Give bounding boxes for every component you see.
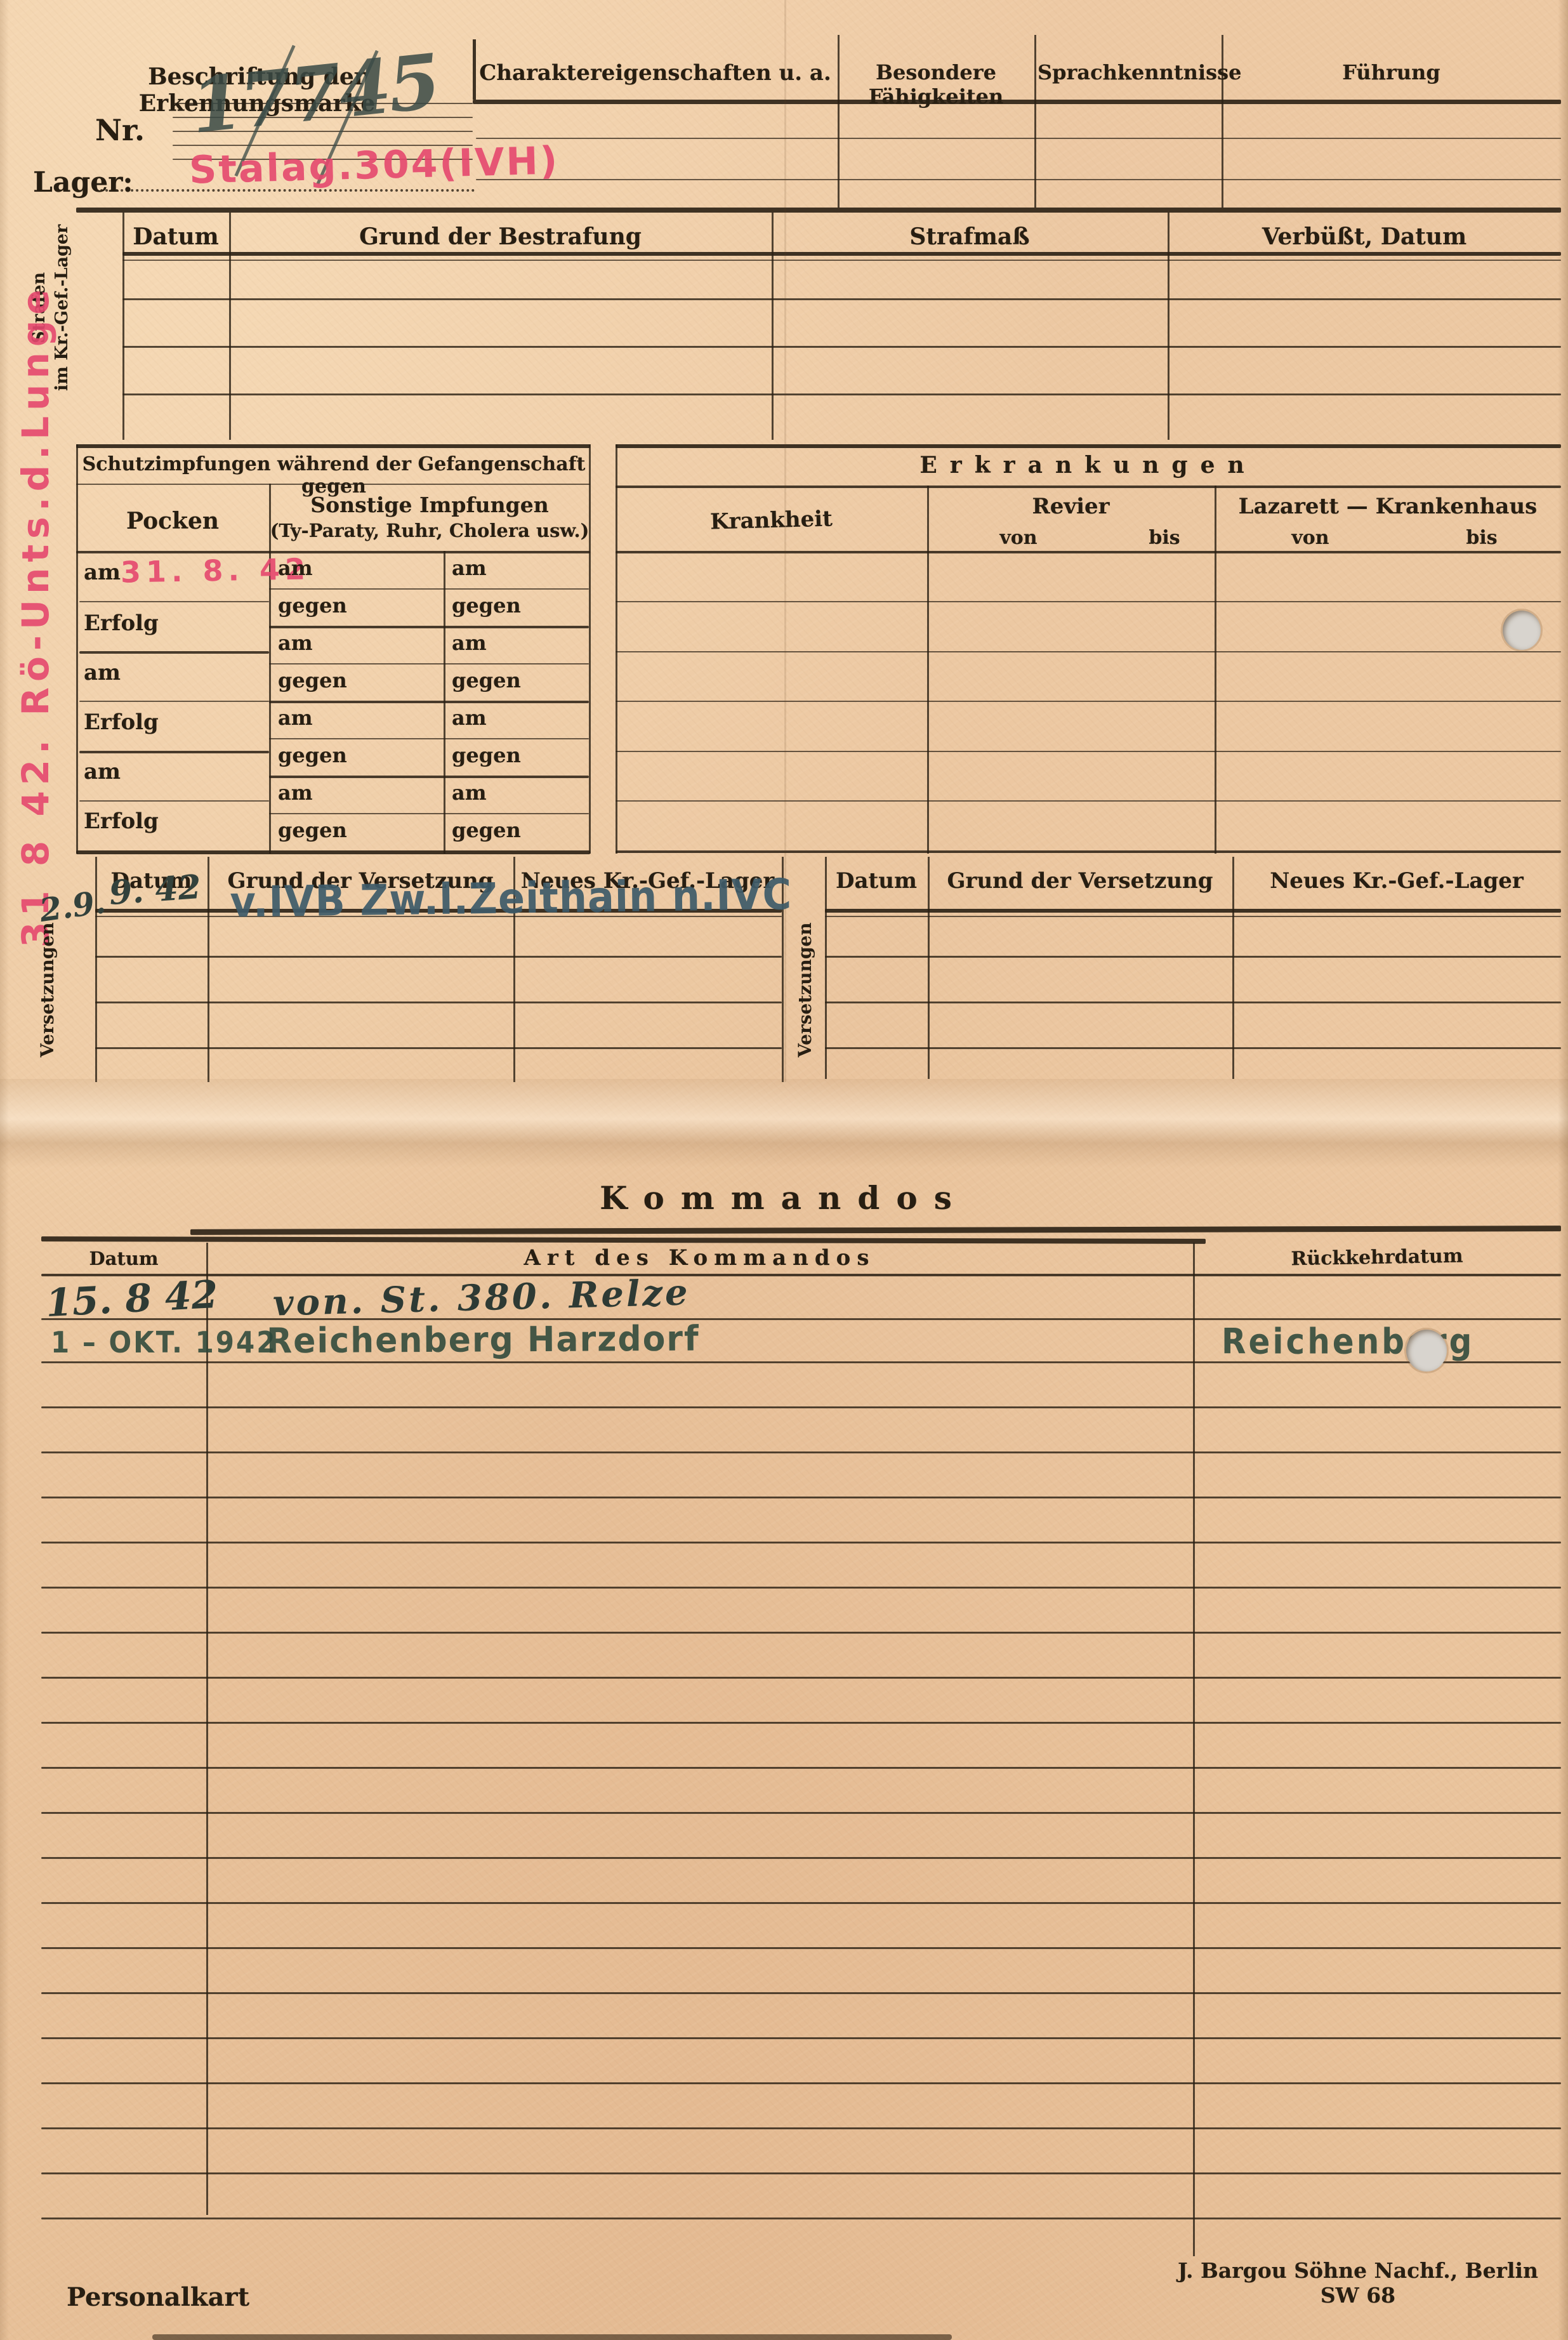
sonstige-row-line <box>269 588 589 590</box>
pocken-row-label: Erfolg <box>84 710 159 735</box>
traits-header-line <box>473 100 1561 104</box>
impf-pocken-divider <box>269 484 271 854</box>
sonstige-row-line <box>269 776 589 778</box>
versetz-datum-value: 9. 42 <box>108 868 202 913</box>
kommandos-empty-row-line <box>41 1992 1561 1994</box>
versetz-right-col-datum: Datum <box>825 868 928 894</box>
sonstige-row-label: am <box>452 781 487 805</box>
strafen-divider <box>122 213 124 440</box>
sonstige-row-line <box>269 738 589 739</box>
strafen-col-verbuesst: Verbüßt, Datum <box>1168 223 1561 250</box>
nr-handwritten-value: 17745 <box>187 37 442 150</box>
erkrank-col-lazarett: Lazarett — Krankenhaus <box>1215 494 1561 519</box>
sonstige-row-label: gegen <box>452 593 521 618</box>
sonstige-row-line <box>269 626 589 628</box>
erkrank-title-line <box>616 486 1561 488</box>
vertical-fold-crease <box>784 0 786 1082</box>
erkrank-col-revier: Revier <box>927 494 1215 519</box>
pocken-row-line <box>79 751 269 753</box>
lager-label: Lager: <box>33 166 147 199</box>
erkrank-top-border <box>616 444 1561 448</box>
traits-col-divider <box>1034 35 1036 208</box>
horizontal-fold-band <box>0 1079 1568 1168</box>
pocken-row-line <box>79 601 269 602</box>
versetz-right-header-line2 <box>825 916 1561 917</box>
sonstige-row-label: am <box>452 556 487 580</box>
kommandos-empty-row-line <box>41 1857 1561 1859</box>
erkrank-revier-von: von <box>990 527 1047 549</box>
impf-left-edge <box>76 444 78 854</box>
impf-title: Schutzimpfungen während der Gefangenscha… <box>80 453 588 498</box>
sonstige-row-label: am <box>278 631 313 655</box>
punch-hole <box>1503 611 1541 650</box>
kommandos-empty-row-line <box>41 1902 1561 1904</box>
lager-stamp: Stalag.304(IVH) <box>188 138 560 192</box>
erkrank-divider <box>1215 486 1216 854</box>
versetz-left-side-label: Versetzungen <box>37 908 66 1073</box>
scan-right-edge <box>1558 0 1568 2340</box>
impf-col-sonstige: Sonstige Impfungen (Ty-Paraty, Ruhr, Cho… <box>269 492 590 542</box>
erkrank-row-line <box>616 651 1561 652</box>
impf-bottom-border <box>76 850 590 854</box>
traits-row-line <box>476 179 1561 180</box>
erkrank-bottom-line <box>616 850 1561 853</box>
kommandos-empty-row-line <box>41 1632 1561 1634</box>
strafen-header-line2 <box>122 260 1561 261</box>
strafen-header-line <box>122 252 1561 256</box>
kommando-row1-art: von. St. 380. Relze <box>272 1271 690 1324</box>
kommando-row2-datum-stamp: 1 – OKT. 1942 <box>51 1325 277 1359</box>
erkrank-col-krankheit: Krankheit <box>616 504 928 538</box>
sonstige-row-label: gegen <box>452 668 521 692</box>
pocken-row-label: am <box>84 759 121 784</box>
sonstige-row-line <box>269 701 589 703</box>
sonstige-row-label: gegen <box>278 668 347 692</box>
kommando-row2-art-stamp: Reichenberg Harzdorf <box>267 1319 700 1361</box>
erkrank-lazarett-von: von <box>1282 527 1339 549</box>
versetz-right-col-grund: Grund der Versetzung <box>928 868 1232 894</box>
strafen-top-border <box>76 208 1561 213</box>
strafen-divider <box>229 213 231 440</box>
kommandos-col-art: Art des Kommandos <box>206 1245 1193 1271</box>
versetz-right-row-line <box>825 1047 1561 1049</box>
kommandos-empty-row-line <box>41 1722 1561 1724</box>
kommandos-top-border-a <box>190 1226 1561 1235</box>
kommandos-empty-row-line <box>41 2082 1561 2084</box>
kommandos-empty-row-line <box>41 1406 1561 1408</box>
erkrank-row-line <box>616 601 1561 602</box>
strafen-col-datum: Datum <box>122 223 229 250</box>
paper-card: Beschriftung der Erkennungsmarke Nr. 177… <box>0 0 1568 2340</box>
footer-doc-type: Personalkart <box>67 2282 320 2312</box>
sonstige-row-label: gegen <box>278 818 347 842</box>
versetz-right-row-line <box>825 1001 1561 1003</box>
kommandos-empty-row-line <box>41 2127 1561 2129</box>
versetz-right-header-line <box>825 909 1561 913</box>
strafen-divider <box>1168 213 1169 440</box>
kommandos-col-rueckkehr: Rückkehrdatum <box>1193 1243 1562 1272</box>
erkrank-divider <box>927 486 929 854</box>
impf-subheader-line <box>76 551 590 553</box>
scan-bottom-edge <box>152 2334 952 2340</box>
sonstige-row-label: am <box>278 781 313 805</box>
versetz-right-side-label: Versetzungen <box>794 908 824 1073</box>
kommandos-empty-rows <box>41 1361 1561 2224</box>
versetz-right-divider <box>928 857 930 1079</box>
traits-col-fuehrung: Führung <box>1225 60 1558 84</box>
pocken-row-label: am <box>84 560 121 585</box>
versetz-right-divider <box>1232 857 1234 1079</box>
kommandos-col-datum: Datum <box>41 1248 206 1269</box>
nr-label: Nr. <box>95 113 152 147</box>
traits-col-divider <box>838 35 840 208</box>
kommando-row-line <box>41 1318 1561 1320</box>
kommandos-empty-row-line <box>41 2172 1561 2174</box>
pocken-row-label: am <box>84 660 121 685</box>
medical-stamp-vertical: 31 8 42. Rö-Unts.d.Lunge <box>14 235 81 996</box>
pocken-row-line <box>79 701 269 702</box>
strafen-row-line <box>122 346 1561 348</box>
traits-col-charakter: Charaktereigenschaften u. a. <box>476 60 834 86</box>
sonstige-row-label: gegen <box>452 743 521 767</box>
kommandos-empty-row-line <box>41 1542 1561 1543</box>
sonstige-row-label: am <box>278 706 313 730</box>
erkrank-row-line <box>616 701 1561 702</box>
sonstige-row-label: am <box>452 706 487 730</box>
erkrank-row-line <box>616 751 1561 752</box>
kommandos-empty-row-line <box>41 2218 1561 2219</box>
erkrank-subheader-line <box>616 551 1561 553</box>
strafen-row-line <box>122 298 1561 300</box>
traits-col-sprachen: Sprachkenntnisse <box>1038 60 1218 84</box>
sonstige-row-label: gegen <box>278 743 347 767</box>
kommandos-title: Kommandos <box>317 1179 1251 1217</box>
kommandos-empty-row-line <box>41 1587 1561 1589</box>
scan-left-edge <box>0 0 9 2340</box>
impf-col-pocken: Pocken <box>76 508 269 534</box>
strafen-col-grund: Grund der Bestrafung <box>229 223 772 250</box>
versetz-left-row-line <box>95 956 782 958</box>
sonstige-row-label: gegen <box>452 818 521 842</box>
kommandos-empty-row-line <box>41 1497 1561 1498</box>
kommandos-header-line <box>41 1274 1561 1276</box>
traits-row-line <box>476 138 1561 139</box>
kommandos-empty-row-line <box>41 1451 1561 1453</box>
sonstige-row-label: gegen <box>278 593 347 618</box>
kommandos-empty-row-line <box>41 1947 1561 1949</box>
erkrank-title: Erkrankungen <box>616 452 1561 479</box>
versetz-transfer-stamp: v.IVB Zw.l.Zeithain n.IVC <box>230 869 793 927</box>
erkrank-left-edge <box>616 444 617 854</box>
kommandos-empty-row-line <box>41 1767 1561 1769</box>
sonstige-row-label: am <box>278 556 313 580</box>
versetz-right-divider <box>825 857 827 1079</box>
versetz-right-row-line <box>825 956 1561 958</box>
erkrank-revier-bis: bis <box>1136 527 1193 549</box>
impf-top-border <box>76 444 590 448</box>
kommandos-top-border-b <box>41 1236 1206 1244</box>
versetz-right-col-neues: Neues Kr.-Gef.-Lager <box>1232 868 1561 894</box>
versetz-left-row-line <box>95 1001 782 1003</box>
strafen-divider <box>772 213 774 440</box>
pocken-row-line <box>79 800 269 802</box>
impf-title-line <box>76 484 590 485</box>
pocken-row-label: Erfolg <box>84 809 159 834</box>
pocken-row-line <box>79 651 269 654</box>
kommandos-empty-row-line <box>41 2037 1561 2039</box>
strafen-row-line <box>122 393 1561 395</box>
sonstige-row-line <box>269 813 589 814</box>
versetz-left-row-line <box>95 1047 782 1049</box>
kommandos-empty-row-line <box>41 1812 1561 1814</box>
sonstige-row-line <box>269 663 589 664</box>
strafen-col-strafmass: Strafmaß <box>772 223 1168 250</box>
erkrank-lazarett-bis: bis <box>1453 527 1510 549</box>
footer-printer-imprint: J. Bargou Söhne Nachf., Berlin SW 68 <box>1168 2258 1548 2308</box>
pocken-row-label: Erfolg <box>84 611 159 636</box>
erkrank-row-line <box>616 800 1561 802</box>
kommandos-empty-row-line <box>41 1677 1561 1679</box>
sonstige-row-label: am <box>452 631 487 655</box>
